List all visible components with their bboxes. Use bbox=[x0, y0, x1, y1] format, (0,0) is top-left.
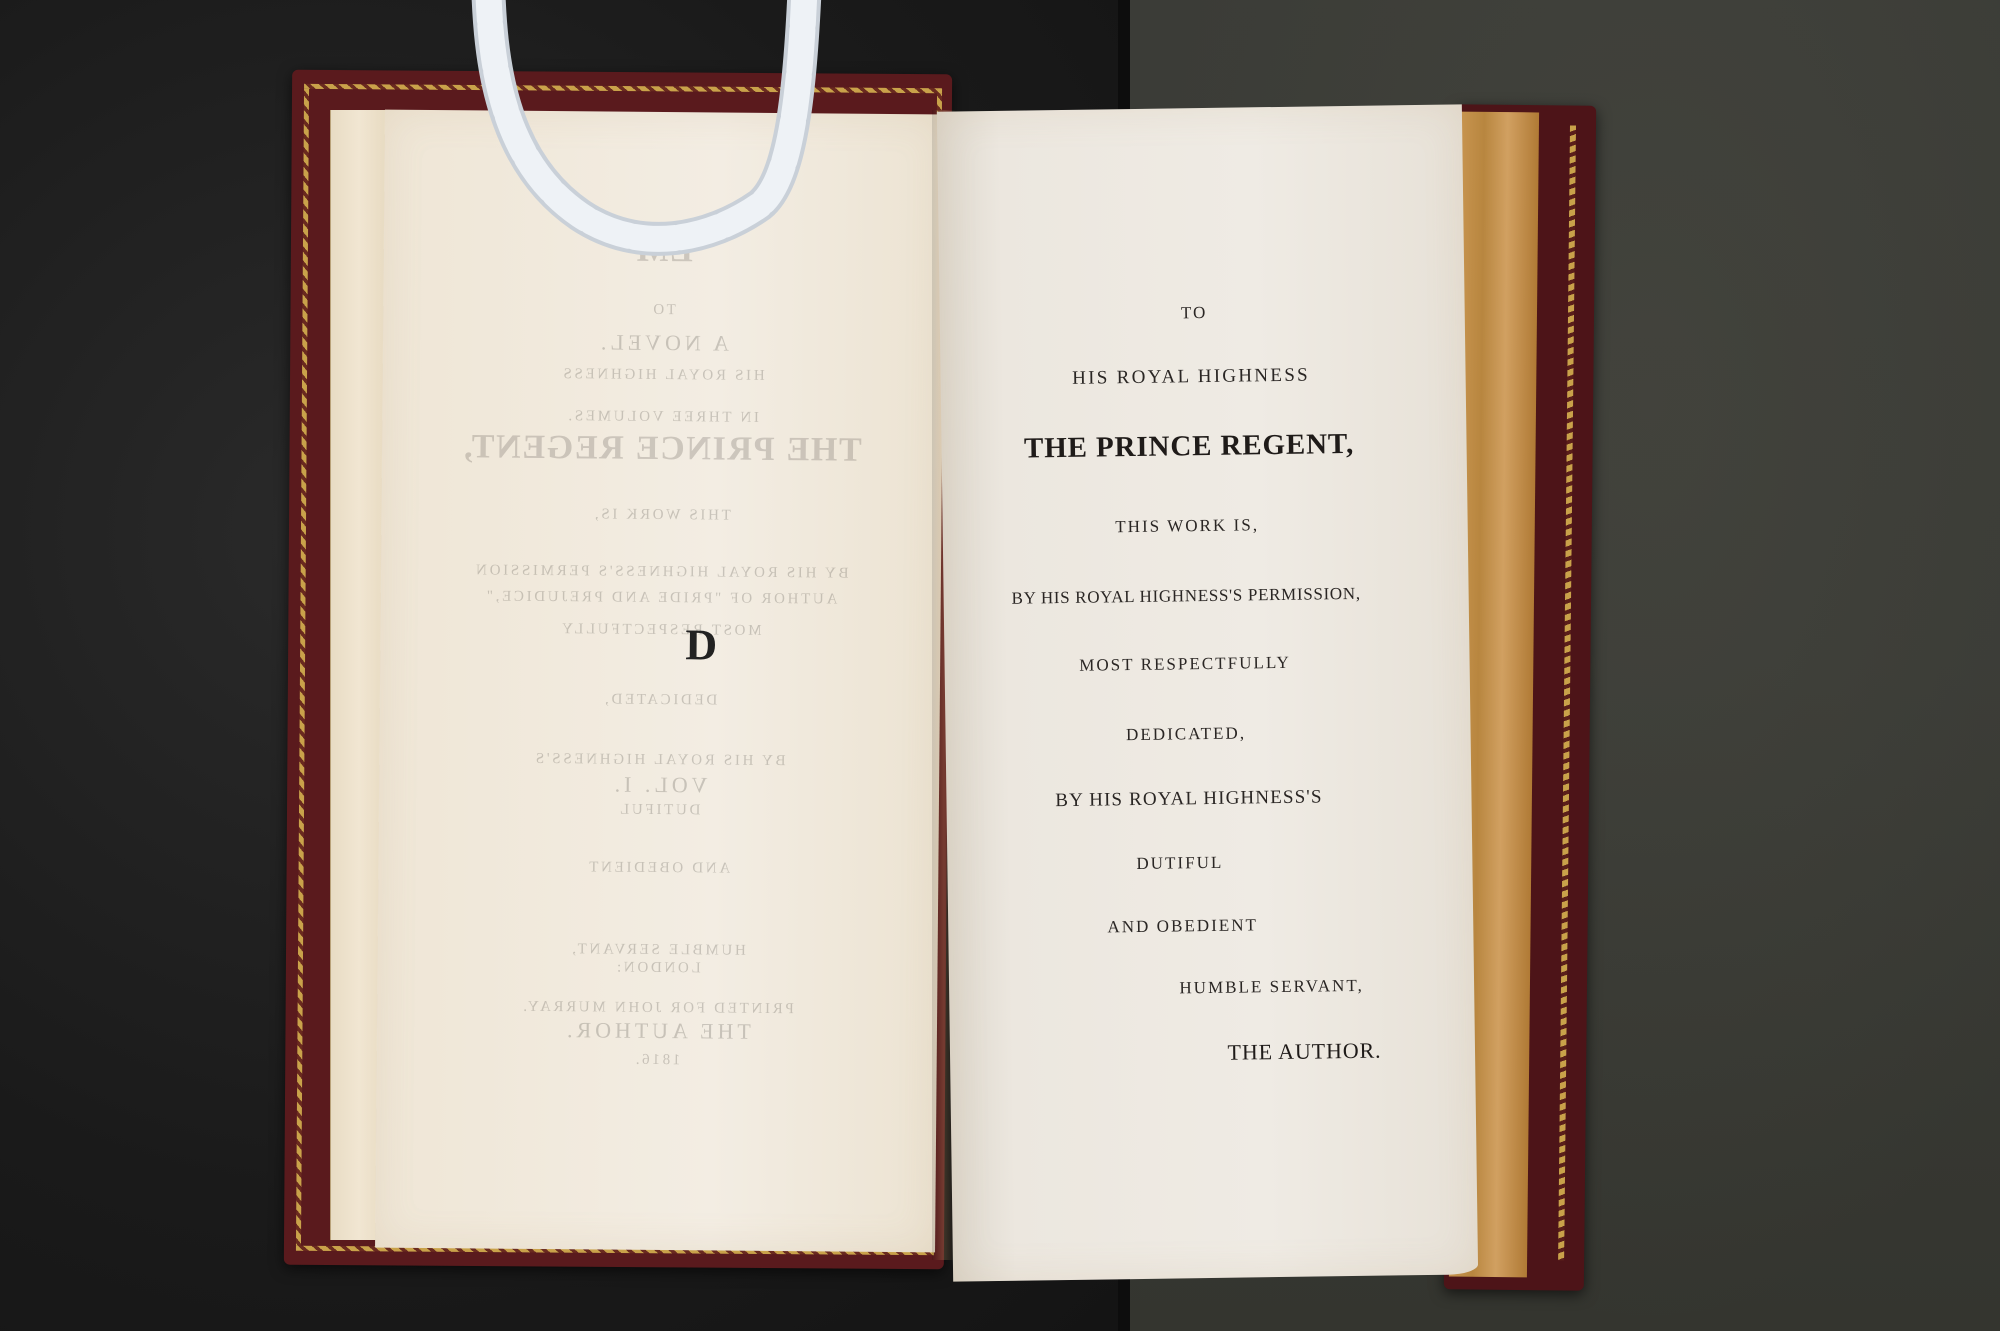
bleed-text: THIS WORK IS, bbox=[381, 505, 941, 527]
dedication-line: HUMBLE SERVANT, bbox=[1009, 973, 1534, 1000]
gilt-border-right bbox=[1558, 125, 1576, 1260]
bleed-text: BY HIS ROYAL HIGHNESS'S PERMISSION bbox=[381, 562, 941, 584]
dedication-line: DUTIFUL bbox=[917, 850, 1442, 877]
dedication-line: BY HIS ROYAL HIGHNESS'S bbox=[926, 785, 1451, 814]
bleed-text: THE AUTHOR. bbox=[377, 1016, 937, 1047]
dedication-line: TO bbox=[932, 299, 1457, 326]
dedication-title: THE PRINCE REGENT, bbox=[926, 427, 1451, 467]
bleed-text: DEDICATED, bbox=[380, 690, 940, 712]
bleed-text: LONDON: bbox=[377, 958, 937, 980]
bleed-text: IN THREE VOLUMES. bbox=[382, 407, 942, 429]
right-page: TO HIS ROYAL HIGHNESS THE PRINCE REGENT,… bbox=[937, 104, 1478, 1281]
bleed-text: BY HIS ROYAL HIGHNESS'S bbox=[379, 750, 939, 772]
drop-letter: D bbox=[685, 619, 717, 670]
dedication-line: BY HIS ROYAL HIGHNESS'S PERMISSION, bbox=[924, 583, 1449, 610]
bleed-text: HIS ROYAL HIGHNESS bbox=[383, 365, 943, 387]
dedication-line: MOST RESPECTFULLY bbox=[922, 651, 1447, 678]
dedication-line: HIS ROYAL HIGHNESS bbox=[928, 363, 1453, 392]
bleed-text: MOST RESPECTFULLY bbox=[380, 620, 940, 642]
bleed-text: AUTHOR OF "PRIDE AND PREJUDICE," bbox=[381, 588, 941, 610]
bleed-text: 1816. bbox=[377, 1050, 937, 1072]
bleed-text: AND OBEDIENT bbox=[378, 858, 938, 880]
bleed-text: THE PRINCE REGENT, bbox=[382, 428, 942, 471]
dedication-line: AND OBEDIENT bbox=[920, 913, 1445, 940]
dedication-line: DEDICATED, bbox=[923, 721, 1448, 748]
dedication-line: THIS WORK IS, bbox=[925, 513, 1450, 540]
bleed-text: DUTIFUL bbox=[379, 800, 939, 822]
bleed-text: A NOVEL. bbox=[383, 328, 943, 359]
bleed-text: TO bbox=[383, 300, 943, 322]
bookmark-cord bbox=[470, 0, 830, 300]
bleed-text: VOL. I. bbox=[379, 770, 939, 801]
